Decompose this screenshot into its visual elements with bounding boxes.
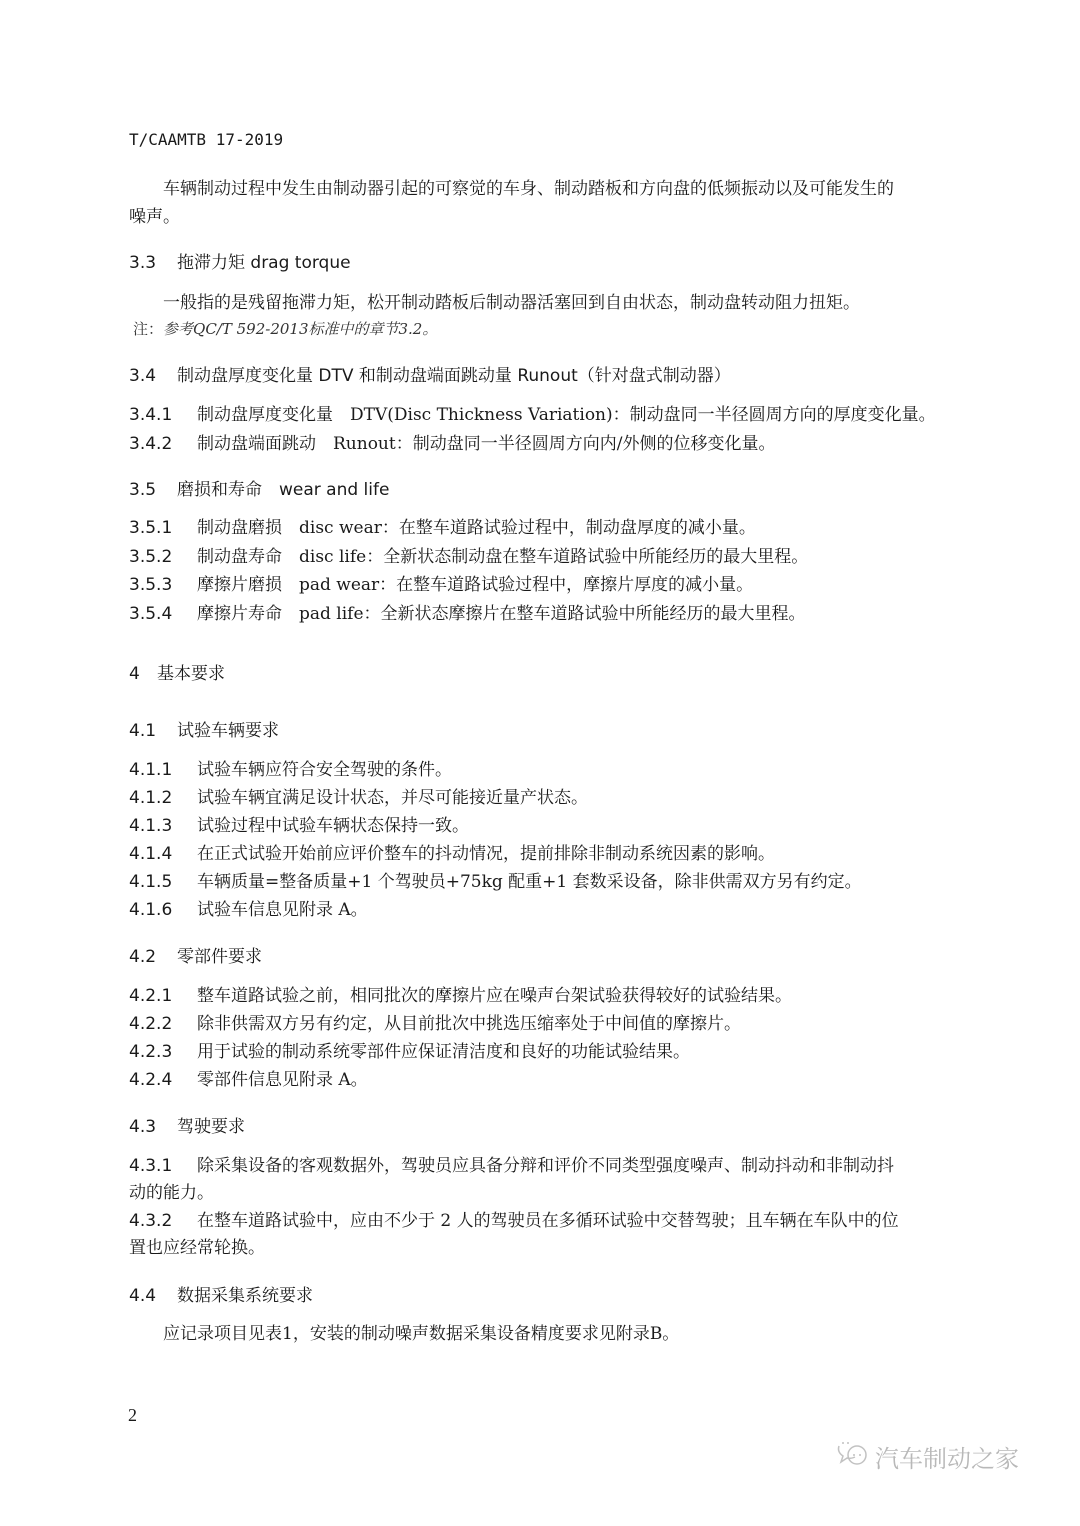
- item-text: 制动盘磨损 disc wear：在整车道路试验过程中，制动盘厚度的减小量。: [197, 518, 756, 538]
- item-number: 4.2.1: [129, 982, 197, 1010]
- item-text: 试验车辆应符合安全驾驶的条件。: [197, 760, 452, 780]
- intro-line-2: 噪声。: [129, 203, 180, 231]
- section-number: 4.3: [129, 1117, 177, 1137]
- item-text: 试验车信息见附录 A。: [197, 900, 368, 920]
- item-number: 4.2.4: [129, 1066, 197, 1094]
- item-number: 4.1.3: [129, 812, 197, 840]
- item-number: 4.1.5: [129, 868, 197, 896]
- item-number: 4.1.4: [129, 840, 197, 868]
- item-text: 除采集设备的客观数据外，驾驶员应具备分辩和评价不同类型强度噪声、制动抖动和非制动…: [197, 1156, 894, 1176]
- section-title: 零部件要求: [177, 947, 262, 967]
- section-number: 3.3: [129, 253, 177, 273]
- item-text: 摩擦片磨损 pad wear：在整车道路试验过程中，摩擦片厚度的减小量。: [197, 575, 753, 595]
- item-4-3-1-continuation: 动的能力。: [129, 1179, 214, 1207]
- item-number: 4.3.1: [129, 1152, 197, 1180]
- section-title: 数据采集系统要求: [177, 1286, 313, 1306]
- item-4-1-6: 4.1.6试验车信息见附录 A。: [129, 896, 368, 924]
- item-text: 制动盘厚度变化量 DTV(Disc Thickness Variation)：制…: [197, 405, 936, 425]
- item-text: 制动盘寿命 disc life：全新状态制动盘在整车道路试验中所能经历的最大里程…: [197, 547, 808, 567]
- item-number: 3.4.2: [129, 430, 197, 458]
- item-number: 3.5.2: [129, 543, 197, 571]
- section-title: 试验车辆要求: [177, 721, 279, 741]
- item-text: 制动盘端面跳动 Runout：制动盘同一半径圆周方向内/外侧的位移变化量。: [197, 434, 775, 454]
- item-3-5-3: 3.5.3摩擦片磨损 pad wear：在整车道路试验过程中，摩擦片厚度的减小量…: [129, 571, 753, 599]
- item-4-3-2-continuation: 置也应经常轮换。: [129, 1234, 265, 1262]
- section-4-heading: 4基本要求: [129, 659, 225, 684]
- item-text: 在正式试验开始前应评价整车的抖动情况，提前排除非制动系统因素的影响。: [197, 844, 775, 864]
- watermark-text: 汽车制动之家: [875, 1439, 1019, 1474]
- note-text: 参考QC/T 592-2013标准中的章节3.2。: [163, 320, 437, 338]
- watermark: 汽车制动之家: [835, 1438, 1019, 1474]
- section-number: 4.4: [129, 1286, 177, 1306]
- section-title: 拖滞力矩 drag torque: [177, 253, 351, 273]
- item-text: 车辆质量=整备质量+1 个驾驶员+75kg 配重+1 套数采设备，除非供需双方另…: [197, 872, 862, 892]
- item-4-2-3: 4.2.3用于试验的制动系统零部件应保证清洁度和良好的功能试验结果。: [129, 1038, 690, 1066]
- section-3-3-body: 一般指的是残留拖滞力矩，松开制动踏板后制动器活塞回到自由状态，制动盘转动阻力扭矩…: [163, 289, 860, 317]
- item-4-2-4: 4.2.4零部件信息见附录 A。: [129, 1066, 368, 1094]
- item-4-1-4: 4.1.4在正式试验开始前应评价整车的抖动情况，提前排除非制动系统因素的影响。: [129, 840, 775, 868]
- item-3-5-1: 3.5.1制动盘磨损 disc wear：在整车道路试验过程中，制动盘厚度的减小…: [129, 514, 756, 542]
- item-text: 试验过程中试验车辆状态保持一致。: [197, 816, 469, 836]
- item-number: 4.2.3: [129, 1038, 197, 1066]
- standard-code: T/CAAMTB 17-2019: [129, 130, 283, 149]
- section-number: 4.2: [129, 947, 177, 967]
- item-4-1-5: 4.1.5车辆质量=整备质量+1 个驾驶员+75kg 配重+1 套数采设备，除非…: [129, 868, 862, 896]
- section-title: 磨损和寿命 wear and life: [177, 480, 389, 500]
- item-number: 4.1.6: [129, 896, 197, 924]
- section-title: 基本要求: [157, 664, 225, 684]
- item-3-5-2: 3.5.2制动盘寿命 disc life：全新状态制动盘在整车道路试验中所能经历…: [129, 543, 808, 571]
- item-number: 3.5.3: [129, 571, 197, 599]
- section-4-3-heading: 4.3驾驶要求: [129, 1112, 245, 1137]
- item-text: 摩擦片寿命 pad life：全新状态摩擦片在整车道路试验中所能经历的最大里程。: [197, 604, 806, 624]
- item-3-5-4: 3.5.4摩擦片寿命 pad life：全新状态摩擦片在整车道路试验中所能经历的…: [129, 600, 806, 628]
- item-number: 4.1.1: [129, 756, 197, 784]
- section-3-3-heading: 3.3拖滞力矩 drag torque: [129, 248, 351, 273]
- section-4-4-body: 应记录项目见表1，安装的制动噪声数据采集设备精度要求见附录B。: [163, 1320, 679, 1348]
- item-3-4-1: 3.4.1制动盘厚度变化量 DTV(Disc Thickness Variati…: [129, 401, 936, 429]
- item-text: 除非供需双方另有约定，从目前批次中挑选压缩率处于中间值的摩擦片。: [197, 1014, 741, 1034]
- section-title: 驾驶要求: [177, 1117, 245, 1137]
- item-number: 4.1.2: [129, 784, 197, 812]
- section-4-2-heading: 4.2零部件要求: [129, 942, 262, 967]
- item-text: 整车道路试验之前，相同批次的摩擦片应在噪声台架试验获得较好的试验结果。: [197, 986, 792, 1006]
- section-3-3-note: 注：参考QC/T 592-2013标准中的章节3.2。: [133, 318, 437, 339]
- intro-line-1: 车辆制动过程中发生由制动器引起的可察觉的车身、制动踏板和方向盘的低频振动以及可能…: [163, 175, 894, 203]
- item-text: 用于试验的制动系统零部件应保证清洁度和良好的功能试验结果。: [197, 1042, 690, 1062]
- section-title: 制动盘厚度变化量 DTV 和制动盘端面跳动量 Runout（针对盘式制动器）: [177, 366, 731, 386]
- item-text: 零部件信息见附录 A。: [197, 1070, 368, 1090]
- wechat-icon: [835, 1438, 869, 1474]
- section-number: 3.4: [129, 366, 177, 386]
- page-number: 2: [128, 1405, 137, 1426]
- section-number: 3.5: [129, 480, 177, 500]
- item-number: 3.5.4: [129, 600, 197, 628]
- item-number: 4.3.2: [129, 1207, 197, 1235]
- item-number: 4.2.2: [129, 1010, 197, 1038]
- item-3-4-2: 3.4.2制动盘端面跳动 Runout：制动盘同一半径圆周方向内/外侧的位移变化…: [129, 430, 775, 458]
- item-4-3-2: 4.3.2在整车道路试验中，应由不少于 2 人的驾驶员在多循环试验中交替驾驶；且…: [129, 1207, 899, 1235]
- section-number: 4: [129, 664, 157, 684]
- item-4-1-2: 4.1.2试验车辆宜满足设计状态，并尽可能接近量产状态。: [129, 784, 588, 812]
- section-3-5-heading: 3.5磨损和寿命 wear and life: [129, 475, 389, 500]
- section-4-1-heading: 4.1试验车辆要求: [129, 716, 279, 741]
- section-3-4-heading: 3.4制动盘厚度变化量 DTV 和制动盘端面跳动量 Runout（针对盘式制动器…: [129, 361, 731, 386]
- item-text: 在整车道路试验中，应由不少于 2 人的驾驶员在多循环试验中交替驾驶；且车辆在车队…: [197, 1211, 899, 1231]
- item-4-1-3: 4.1.3试验过程中试验车辆状态保持一致。: [129, 812, 469, 840]
- item-4-3-1: 4.3.1除采集设备的客观数据外，驾驶员应具备分辩和评价不同类型强度噪声、制动抖…: [129, 1152, 894, 1180]
- section-number: 4.1: [129, 721, 177, 741]
- item-4-2-1: 4.2.1整车道路试验之前，相同批次的摩擦片应在噪声台架试验获得较好的试验结果。: [129, 982, 792, 1010]
- item-4-1-1: 4.1.1试验车辆应符合安全驾驶的条件。: [129, 756, 452, 784]
- item-text: 试验车辆宜满足设计状态，并尽可能接近量产状态。: [197, 788, 588, 808]
- item-4-2-2: 4.2.2除非供需双方另有约定，从目前批次中挑选压缩率处于中间值的摩擦片。: [129, 1010, 741, 1038]
- item-number: 3.5.1: [129, 514, 197, 542]
- item-number: 3.4.1: [129, 401, 197, 429]
- note-label: 注：: [133, 320, 163, 338]
- section-4-4-heading: 4.4数据采集系统要求: [129, 1281, 313, 1306]
